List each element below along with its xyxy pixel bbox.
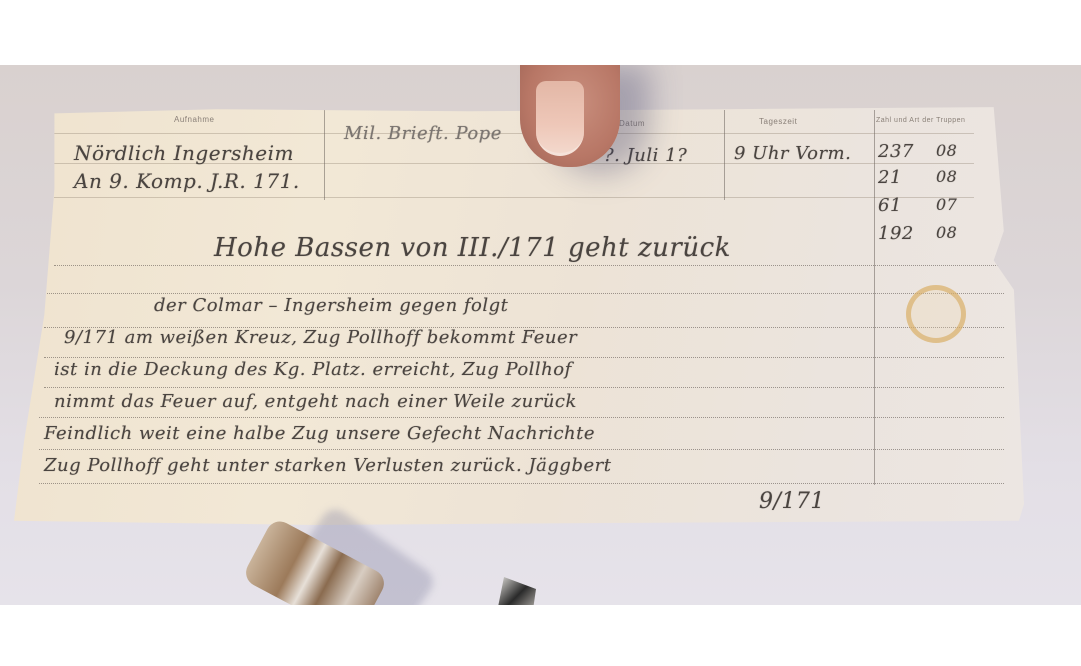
label-datum: Datum	[619, 119, 645, 128]
dotted-rule	[44, 387, 1004, 388]
date-field: ?. Juli 1?	[604, 145, 687, 166]
unit-field: Mil. Brieft. Pope	[344, 123, 502, 144]
dotted-rule	[44, 293, 1004, 294]
rule	[54, 133, 974, 134]
rule	[54, 197, 974, 198]
sender-line-1: Nördlich Ingersheim	[74, 141, 294, 165]
count-num-4: 192	[878, 223, 914, 244]
dotted-rule	[39, 417, 1004, 418]
count-num-1: 237	[878, 141, 914, 162]
body-line-7: Zug Pollhoff geht unter starken Verluste…	[44, 455, 611, 476]
body-line-4: ist in die Deckung des Kg. Platz. erreic…	[54, 359, 572, 380]
body-line-1: Hohe Bassen von III./171 geht zurück	[214, 233, 731, 263]
count-code-2: 08	[936, 167, 957, 186]
column-divider	[724, 110, 725, 200]
photograph: Aufnahme Datum Tageszeit Zahl und Art de…	[0, 65, 1081, 605]
label-zahl: Zahl und Art der Truppen	[876, 117, 976, 125]
body-line-5: nimmt das Feuer auf, entgeht nach einer …	[54, 391, 577, 412]
count-num-2: 21	[878, 167, 902, 188]
message-form-paper: Aufnahme Datum Tageszeit Zahl und Art de…	[14, 105, 1024, 525]
dotted-rule	[44, 357, 1004, 358]
count-column-divider	[874, 110, 875, 485]
count-code-4: 08	[936, 223, 957, 242]
dotted-rule	[39, 449, 1004, 450]
sender-line-2: An 9. Komp. J.R. 171.	[74, 169, 300, 193]
body-line-6: Feindlich weit eine halbe Zug unsere Gef…	[44, 423, 595, 444]
dotted-rule	[39, 483, 1004, 484]
column-divider	[324, 110, 325, 200]
count-code-3: 07	[936, 195, 957, 214]
label-aufnahme: Aufnahme	[174, 115, 214, 124]
stain-mark	[906, 285, 966, 343]
count-code-1: 08	[936, 141, 957, 160]
capsule-fragment	[496, 577, 536, 605]
fingertip	[520, 65, 620, 167]
fingernail	[536, 81, 584, 156]
dotted-rule	[54, 265, 1004, 266]
label-tageszeit: Tageszeit	[759, 117, 797, 126]
body-line-2: der Colmar – Ingersheim gegen folgt	[154, 295, 508, 316]
signature-unit: 9/171	[759, 489, 825, 514]
body-line-3: 9/171 am weißen Kreuz, Zug Pollhoff beko…	[64, 327, 577, 348]
count-num-3: 61	[878, 195, 902, 216]
time-field: 9 Uhr Vorm.	[734, 143, 851, 164]
